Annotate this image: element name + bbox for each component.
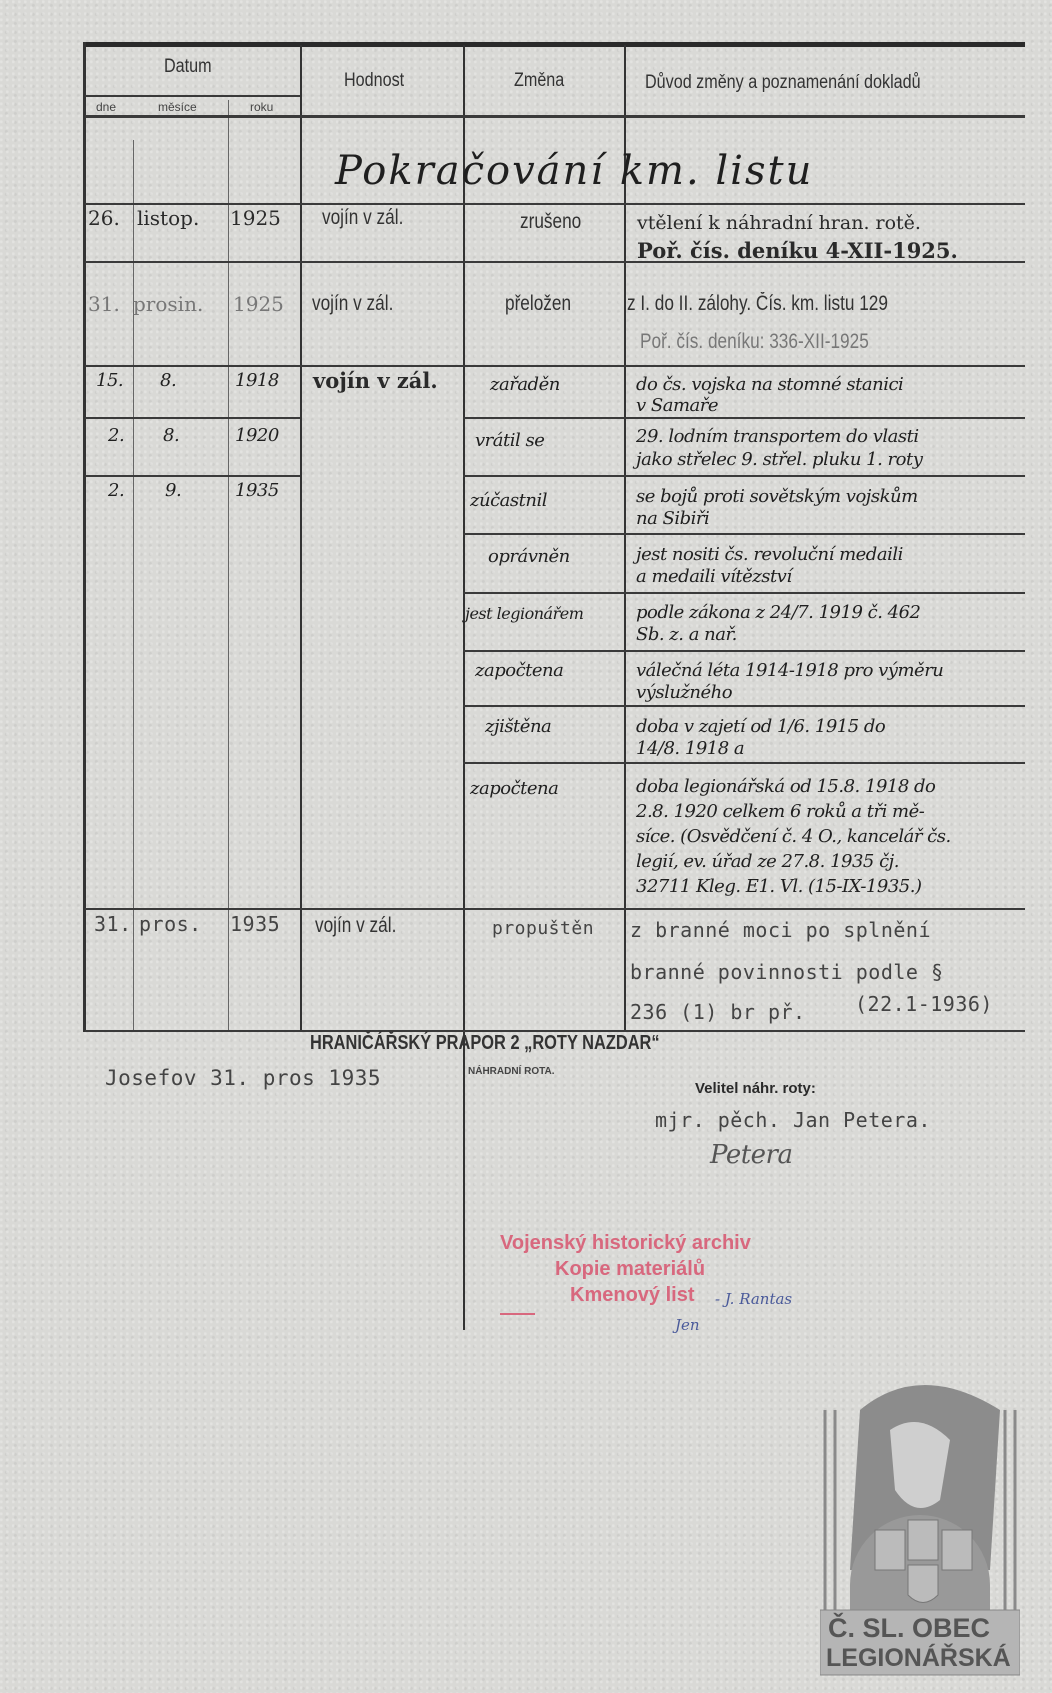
row5-reason-1: se bojů proti sovětským vojskům <box>636 486 918 507</box>
row6-reason-1: jest nositi čs. revoluční medaili <box>636 544 903 565</box>
row3-change: zařaděn <box>490 374 560 395</box>
row3-month: 8. <box>160 370 176 391</box>
row6-change: oprávněn <box>488 546 570 567</box>
subunit-stamp: NÁHRADNÍ ROTA. <box>468 1066 554 1077</box>
row-line-10 <box>463 762 1025 764</box>
row1-day: 26. <box>88 206 120 230</box>
row7-change: jest legionářem <box>465 604 583 623</box>
row8-reason-2: výslužného <box>636 682 732 703</box>
row-line-8 <box>463 650 1025 652</box>
header-mesice: měsíce <box>158 100 197 114</box>
archive-stamp-line2: Kopie materiálů <box>555 1258 705 1281</box>
header-roku: roku <box>250 100 273 114</box>
row11-reason-3: 236 (1) br př. <box>630 1000 806 1024</box>
row10-reason-5: 32711 Kleg. E1. Vl. (15-IX-1935.) <box>636 876 921 897</box>
row7-reason-2: Sb. z. a nař. <box>636 624 737 645</box>
row1-reason-2: Poř. čís. deníku 4-XII-1925. <box>637 238 958 263</box>
table-left-border <box>83 42 86 1032</box>
row2-month: prosin. <box>133 292 203 316</box>
row5-year: 1935 <box>235 480 279 501</box>
row-line-3 <box>85 365 1025 367</box>
row5-day: 2. <box>108 480 124 501</box>
table-top-border <box>83 42 1025 47</box>
row9-reason-1: doba v zajetí od 1/6. 1915 do <box>636 716 885 737</box>
row11-reason-4: (22.1-1936) <box>855 992 993 1016</box>
row-line-1 <box>85 203 1025 205</box>
row11-year: 1935 <box>230 912 280 936</box>
header-hodnost: Hodnost <box>344 70 404 92</box>
row10-reason-3: síce. (Osvědčení č. 4 O., kancelář čs. <box>636 826 951 847</box>
row11-rank: vojín v zál. <box>315 914 396 938</box>
archive-stamp-line1: Vojenský historický archiv <box>500 1232 751 1255</box>
commander-signature: Petera <box>710 1140 792 1170</box>
row-line-7 <box>463 592 1025 594</box>
row3-reason-2: v Samaře <box>636 395 718 416</box>
row3-rank: vojín v zál. <box>313 368 438 393</box>
row4-month: 8. <box>163 425 179 446</box>
row-line-11 <box>85 908 1025 910</box>
col-divider-dne <box>133 140 134 1030</box>
row11-day: 31. <box>94 912 132 936</box>
row4-reason-1: 29. lodním transportem do vlasti <box>636 426 919 447</box>
col-divider-mesice <box>228 100 229 1030</box>
row3-year: 1918 <box>235 370 279 391</box>
commander-name: mjr. pěch. Jan Petera. <box>655 1108 931 1132</box>
row1-rank: vojín v zál. <box>322 206 403 230</box>
row11-change: propuštěn <box>492 918 594 939</box>
row-line-5 <box>85 475 300 477</box>
row-line-4b <box>463 417 1025 419</box>
row5-month: 9. <box>165 480 181 501</box>
col-divider-hodnost-zmena <box>463 45 465 1330</box>
row-line-5b <box>463 475 1025 477</box>
row2-rank: vojín v zál. <box>312 292 393 316</box>
row10-reason-1: doba legionářská od 15.8. 1918 do <box>636 776 935 797</box>
row5-reason-2: na Sibiři <box>636 508 709 529</box>
row1-month: listop. <box>137 206 199 230</box>
row10-reason-4: legií, ev. úřad ze 27.8. 1935 čj. <box>636 851 899 872</box>
row2-reason-1: z I. do II. zálohy. Čís. km. listu 129 <box>627 292 888 316</box>
unit-stamp: HRANIČÁŘSKÝ PRAPOR 2 „ROTY NAZDAR“ <box>310 1032 660 1055</box>
row4-day: 2. <box>108 425 124 446</box>
header-duvod: Důvod změny a poznamenání dokladů <box>645 72 921 94</box>
military-record-sheet: Datum dne měsíce roku Hodnost Změna Důvo… <box>0 0 1052 1693</box>
row2-day: 31. <box>88 292 120 316</box>
row3-reason-1: do čs. vojska na stomné stanici <box>636 374 903 395</box>
row-line-4 <box>85 417 300 419</box>
row7-reason-1: podle zákona z 24/7. 1919 č. 462 <box>636 602 921 623</box>
logo-line1: Č. SL. OBEC <box>828 1613 990 1644</box>
row6-reason-2: a medaili vítězství <box>636 566 792 587</box>
row1-year: 1925 <box>230 206 281 230</box>
logo-line2: LEGIONÁŘSKÁ <box>826 1644 1011 1673</box>
row2-reason-2: Poř. čís. deníku: 336-XII-1925 <box>640 330 869 354</box>
legion-logo: Č. SL. OBEC LEGIONÁŘSKÁ <box>820 1370 1020 1680</box>
col-divider-datum-hodnost <box>300 45 302 1030</box>
header-datum: Datum <box>164 56 212 78</box>
archive-stamp-dash <box>500 1313 535 1315</box>
row-line-9 <box>463 705 1025 707</box>
row9-reason-2: 14/8. 1918 a <box>636 738 744 759</box>
place-date: Josefov 31. pros 1935 <box>105 1066 381 1090</box>
row2-change: přeložen <box>505 292 571 316</box>
row10-change: započtena <box>470 778 558 799</box>
row8-reason-1: válečná léta 1914-1918 pro výměru <box>636 660 943 681</box>
archive-stamp-line3: Kmenový list <box>570 1284 694 1307</box>
row11-reason-2: branné povinnosti podle § <box>630 960 944 984</box>
row4-year: 1920 <box>235 425 279 446</box>
row4-reason-2: jako střelec 9. střel. pluku 1. roty <box>636 449 922 470</box>
header-bottom-line <box>85 115 1025 118</box>
commander-title: Velitel náhr. roty: <box>695 1080 816 1097</box>
row1-reason-1: vtělení k náhradní hran. rotě. <box>637 212 921 234</box>
row2-year: 1925 <box>233 292 284 316</box>
row3-day: 15. <box>96 370 123 391</box>
row4-change: vrátil se <box>475 430 544 451</box>
continuation-note: Pokračování km. listu <box>335 148 813 194</box>
row10-reason-2: 2.8. 1920 celkem 6 roků a tři mě- <box>636 801 924 822</box>
row11-month: pros. <box>139 912 202 936</box>
row11-reason-1: z branné moci po splnění <box>630 918 931 942</box>
row8-change: započtena <box>475 660 563 681</box>
row1-change: zrušeno <box>520 210 581 234</box>
row5-change: zúčastnil <box>470 490 547 511</box>
archive-annotation-2: Jen <box>675 1316 700 1334</box>
archive-annotation-1: - J. Rantas <box>715 1290 792 1308</box>
header-datum-sub-line <box>85 95 300 97</box>
row-line-6 <box>463 533 1025 535</box>
row9-change: zjištěna <box>485 716 551 737</box>
header-dne: dne <box>96 100 116 114</box>
header-zmena: Změna <box>514 70 564 92</box>
